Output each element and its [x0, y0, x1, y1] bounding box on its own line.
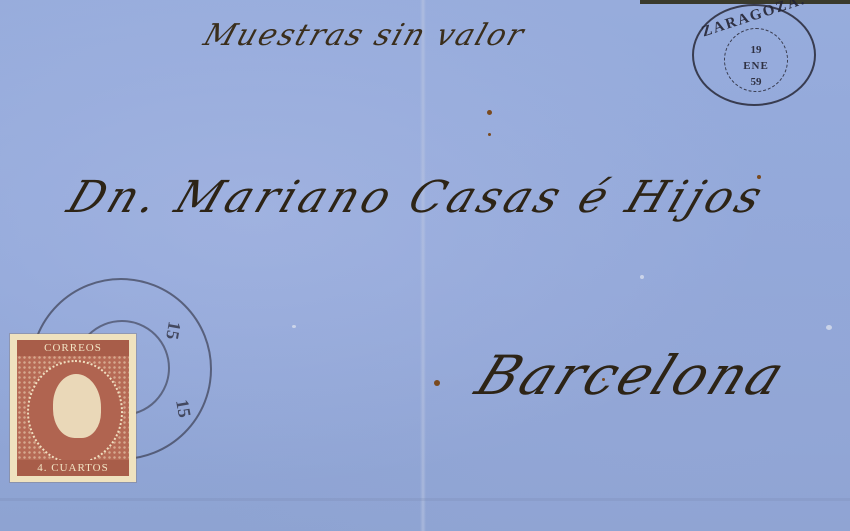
- handwritten-note: Muestras sin valor: [199, 18, 529, 53]
- stamp-portrait-oval: [27, 360, 123, 464]
- paper-speck: [640, 275, 644, 279]
- postage-stamp: CORREOS 4. CUARTOS: [10, 334, 136, 482]
- letter-cover: Muestras sin valor Dn. Mariano Casas é H…: [0, 0, 850, 531]
- stamp-design: CORREOS 4. CUARTOS: [17, 340, 129, 476]
- queen-portrait-icon: [53, 374, 101, 438]
- vertical-fold-line: [420, 0, 426, 531]
- postmark-month: ENE: [694, 60, 818, 72]
- cancellation-numeral: 15: [161, 320, 185, 341]
- top-edge-shadow: [640, 0, 850, 4]
- stamp-top-label: CORREOS: [17, 340, 129, 356]
- paper-speck: [292, 325, 296, 328]
- foxing-spot: [602, 378, 605, 381]
- addressee-name: Dn. Mariano Casas é Hijos: [61, 172, 773, 223]
- destination-city: Barcelona: [467, 344, 796, 407]
- foxing-spot: [488, 133, 491, 136]
- horizontal-fold-line: [0, 498, 850, 501]
- postmark-day: 19: [694, 44, 818, 56]
- zaragoza-postmark: ZARAGOZA. 19 ENE 59: [692, 4, 816, 106]
- postmark-year: 59: [694, 76, 818, 88]
- foxing-spot: [434, 380, 440, 386]
- foxing-spot: [757, 175, 761, 179]
- paper-speck: [826, 325, 832, 330]
- cancellation-numeral-lower: 15: [171, 398, 195, 419]
- foxing-spot: [487, 110, 492, 115]
- stamp-value-label: 4. CUARTOS: [17, 460, 129, 476]
